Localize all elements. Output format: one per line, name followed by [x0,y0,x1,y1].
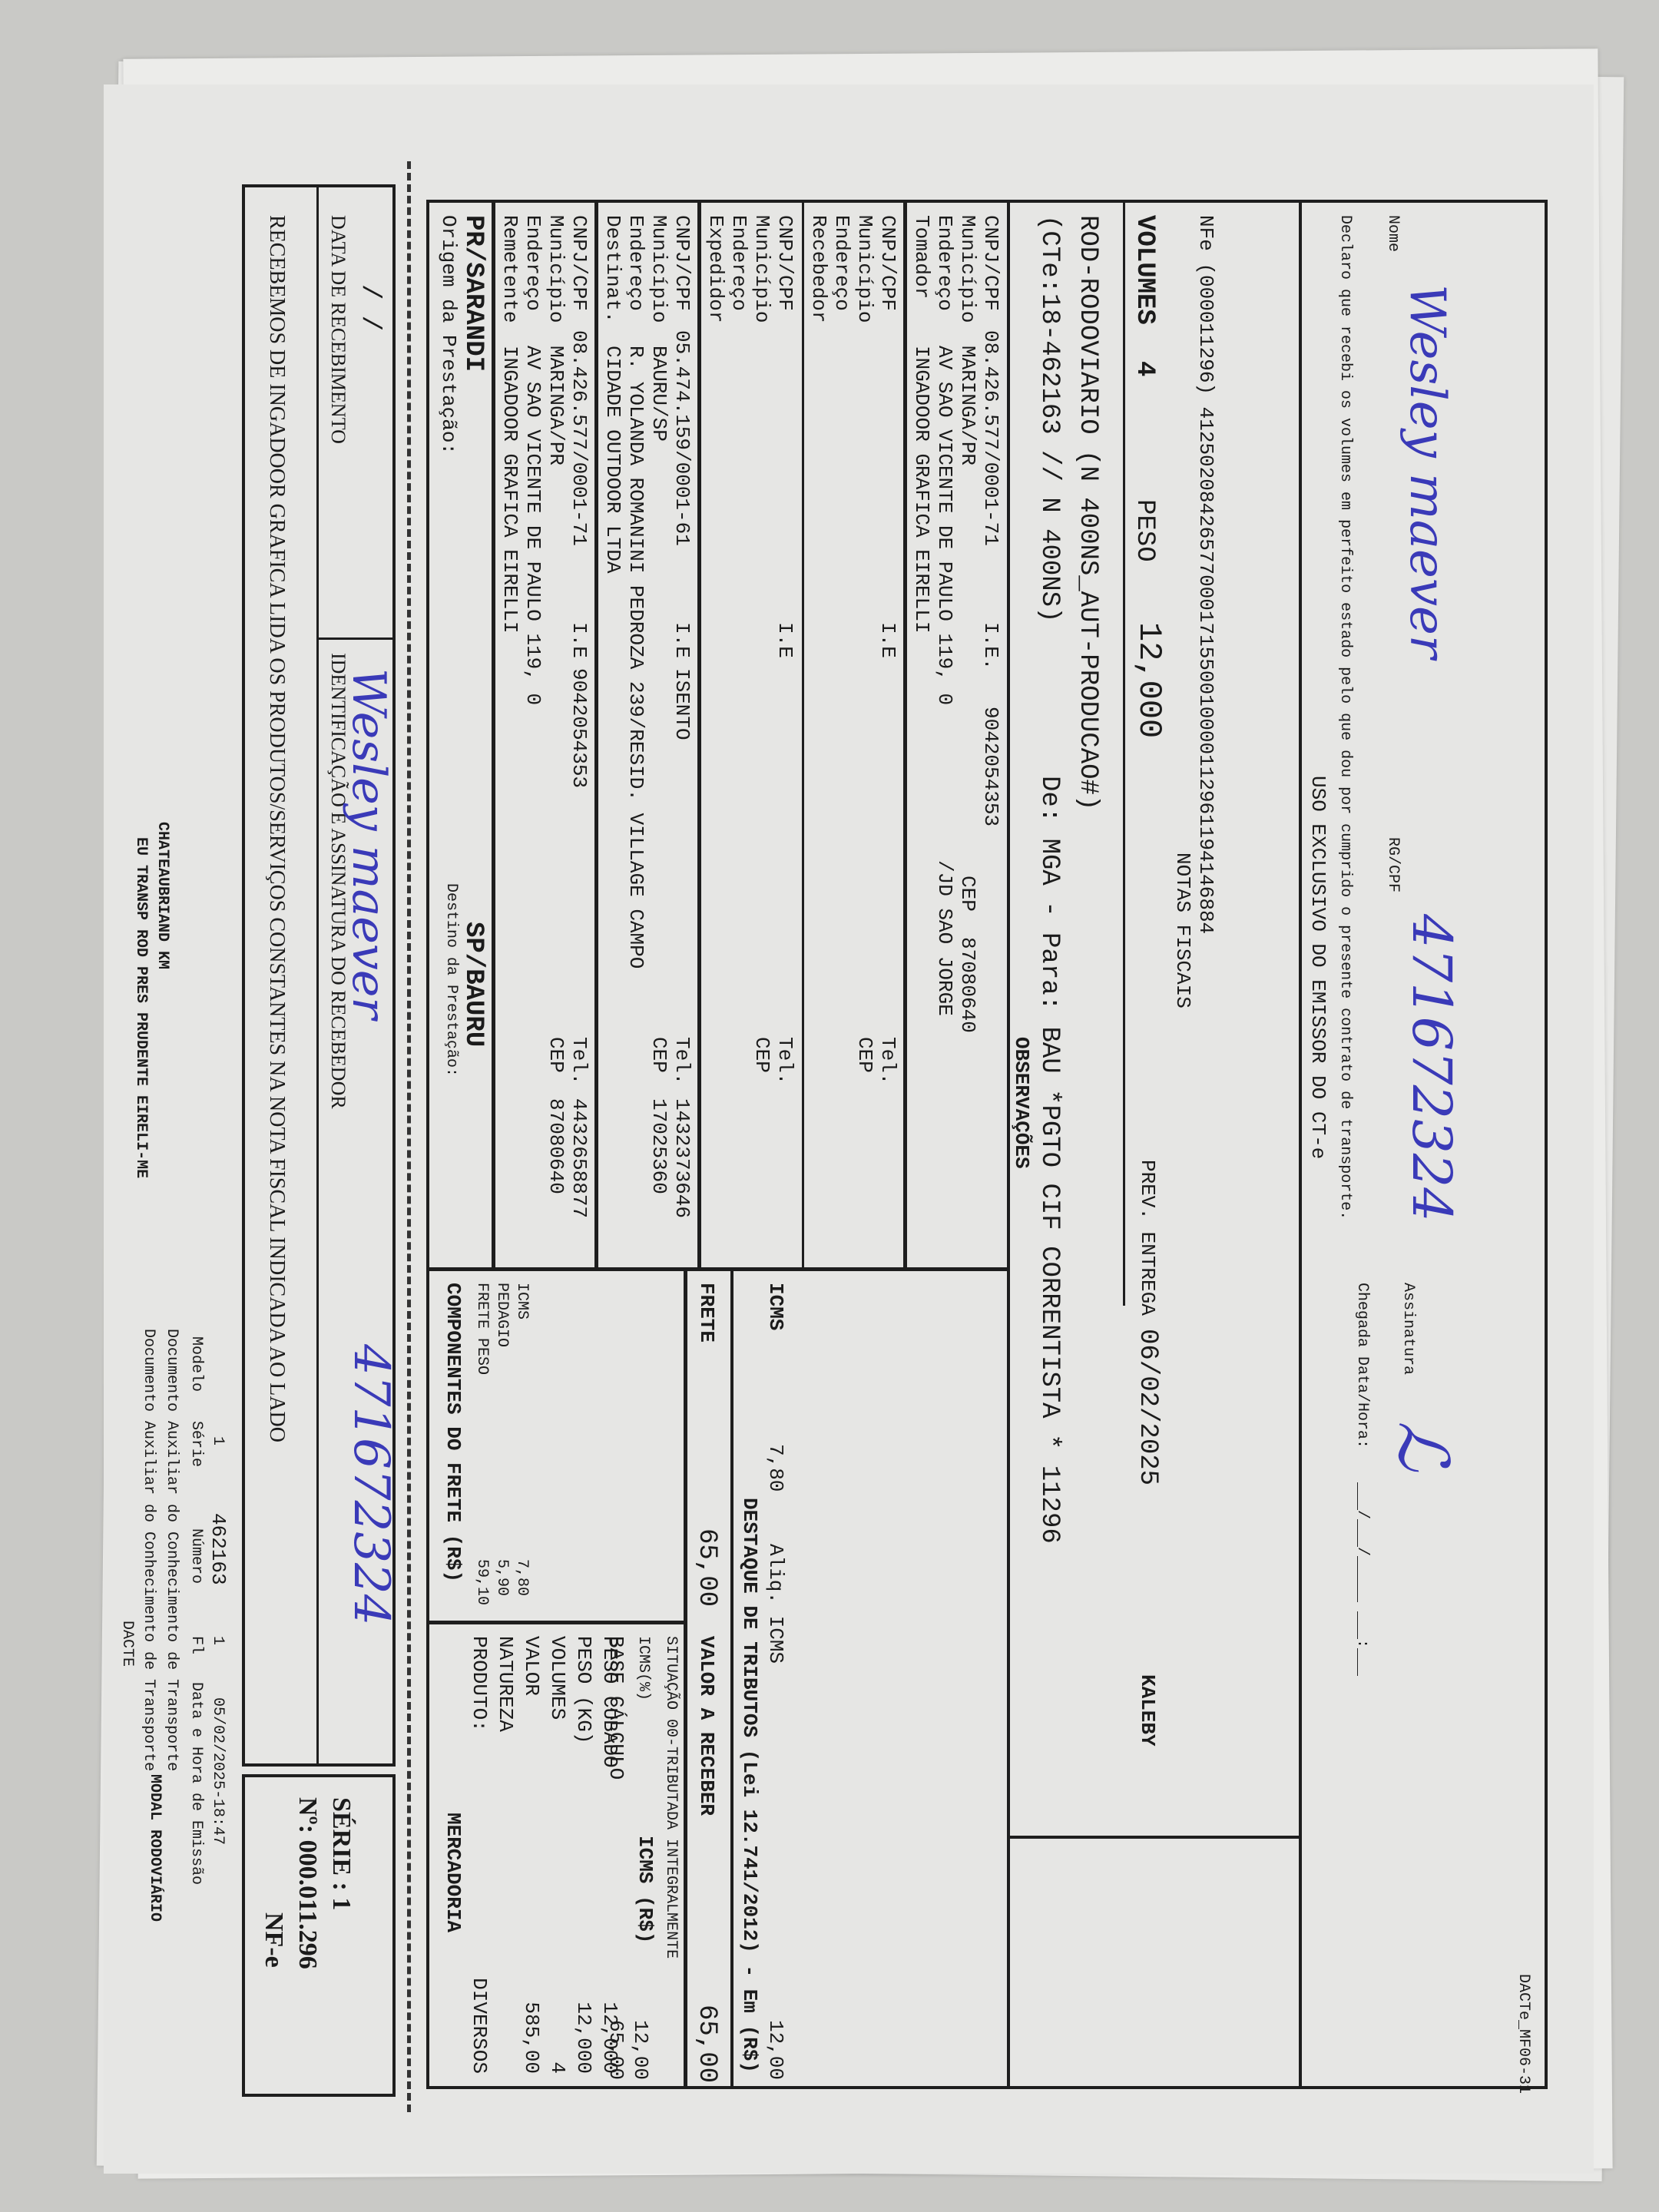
declaracao-text: Declaro que recebi os volumes em perfeit… [1336,215,1354,1220]
tomador-ie-label: I.E. [979,622,1002,670]
recebedor-ie-label: I.E [876,622,899,658]
serie-value: 1 [208,1436,227,1445]
valor-receber-value: 65,00 [692,2005,721,2083]
icms-aliq-label: ICMS(%) [634,1636,652,1700]
volumes-value: 4 [1130,361,1159,376]
destinatario-municipio-label: Município [647,215,671,323]
mercadoria-value: 4 [546,1974,569,2074]
tributos-aliq-value: 12,00 [764,2020,787,2080]
modal-label: MODAL RODOVIÁRIO [145,1774,164,1922]
componente-label: PEDAGIO [492,1283,511,1347]
observacoes-line2: ROD-RODOVIARIO (N 400NS_AUT-PRODUCAO#) [1073,215,1102,810]
valor-receber-label: VALOR A RECEBER [695,1636,718,1816]
mercadoria-label: PESO CUBADO [598,1636,621,1768]
remetente-municipio: MARINGA/PR [545,346,568,465]
destinatario-cep-label: CEP [647,1037,671,1073]
destinatario-name: CIDADE OUTDOOR LTDA [601,346,624,573]
destinatario-ie: ISENTO [671,668,694,740]
remetente-cep: 87080640 [545,1098,568,1194]
prev-entrega-value: 06/02/2025 [1133,1329,1162,1485]
remetente-label: Remetente [498,215,522,323]
volumes-label: VOLUMES [1130,215,1159,325]
receipt-title: RECEBEMOS DE INGADOOR GRAFICA LIDA OS PR… [265,215,288,1442]
folha-value: 1 [208,1636,227,1645]
destinatario-endereco: R. YOLANDA ROMANINI PEDROZA 239/RESID. V… [624,346,647,969]
numero-value: 462163 [207,1513,230,1585]
tomador-endereco: AV SAO VICENTE DE PAULO 119, 0 [933,346,956,705]
remetente-tel: 4432658877 [568,1098,591,1218]
data-recebimento-label: DATA DE RECEBIMENTO [326,215,349,444]
expedidor-label: Expedidor [704,215,727,323]
destinatario-cnpj: 05.474.159/0001-61 [671,330,694,546]
uso-exclusivo-label: USO EXCLUSIVO DO EMISSOR DO CT-e [1306,776,1330,1159]
tomador-label: Tomador [910,215,933,299]
destinatario-cep: 17025360 [647,1098,671,1194]
remetente-cep-label: CEP [545,1037,568,1073]
mercadoria-value: 12,000 [598,1974,621,2074]
prev-entrega-label: PREV. ENTREGA [1136,1160,1159,1316]
tomador-cnpj: 08.426.577/0001-71 [979,330,1002,546]
icms-situacao: SITUAÇÃO 00-TRIBUTADA INTEGRALMENTE [661,1636,680,1959]
tributos-icms-label: ICMS [764,1283,787,1330]
tributos-icms-value: 7,80 [764,1444,787,1492]
peso-value: 12,000 [1134,622,1164,738]
chegada-label: Chegada Data/Hora: [1353,1283,1371,1449]
destino-label: Destino da Prestação: [442,883,460,1077]
mercadoria-label: PRODUTO: [468,1636,491,1732]
remetente-endereco-label: Endereço [522,215,545,311]
componentes-title: COMPONENTES DO FRETE (R$) [442,1283,465,1582]
numero-label: Número [187,1528,205,1584]
destinatario-ie-label: I.E [671,622,694,658]
observacoes-title: OBSERVAÇÕES [1010,1037,1033,1169]
assinatura-label: Assinatura [1399,1283,1417,1375]
nfe-label: NF-e [259,1912,288,1968]
company-name: EU TRANSP ROD PRES PRUDENTE EIRELI-ME [131,837,150,1178]
tomador-cep: 87080640 [956,937,979,1033]
dacte-document: EU TRANSP ROD PRES PRUDENTE EIRELI-ME CH… [104,84,1594,2174]
tomador-name: INGADOOR GRAFICA EIRELLI [910,346,933,633]
tomador-bairro: /JD SAO JORGE [933,860,956,1016]
tomador-municipio-label: Município [956,215,979,323]
folha-label: Fl [187,1636,205,1654]
expedidor-cep-label: CEP [750,1037,773,1073]
data-recebimento-field[interactable]: / / [355,284,384,331]
company-address: CHATEAUBRIAND KM [153,822,171,969]
recebedor-cnpj-label: CNPJ/CPF [876,215,899,311]
destinatario-tel: 1432373646 [671,1098,694,1218]
form-code: DACTe_MF06-31 [1514,1974,1532,2094]
mercadoria-label: VOLUMES [546,1636,569,1720]
expedidor-municipio-label: Município [750,215,773,323]
mercadoria-value: 12,000 [572,1974,595,2074]
tear-line [407,161,411,2112]
recebedor-tel-label: Tel. [876,1037,899,1084]
remetente-endereco: AV SAO VICENTE DE PAULO 119, 0 [522,346,545,705]
remetente-cnpj-label: CNPJ/CPF [568,215,591,311]
componente-label: ICMS [512,1283,531,1320]
icms-title: ICMS (R$) [634,1836,657,1943]
chegada-field[interactable]: ___/___/_____ ___:___ [1353,1482,1371,1676]
recebedor-label: Recebedor [807,215,830,323]
componente-value: 5,90 [492,1559,511,1596]
dacte-label: DACTE [118,1621,136,1667]
frete-label: FRETE [695,1283,718,1343]
nfe-number: Nº: 000.011.296 [293,1797,322,1969]
expedidor-cnpj-label: CNPJ/CPF [773,215,796,311]
componente-value: 7,80 [512,1559,531,1596]
recebedor-municipio-label: Município [853,215,876,323]
destino-value: SP/BAURU [459,922,488,1047]
origem-value: PR/SARANDI [459,215,488,372]
signature-scribble: ℒ [1382,1421,1463,1471]
nfe-serie: SÉRIE : 1 [326,1797,356,1910]
tributos-aliq-label: Aliq. ICMS [764,1544,787,1664]
tomador-ie: 9042054353 [979,707,1002,826]
doc-title-repeat: Documento Auxiliar do Conhecimento de Tr… [162,1329,180,1771]
tomador-cep-label: CEP [956,876,979,912]
observacoes-line1-right: De: MGA - Para: BAU *PGTO CIF CORRENTIST… [1035,776,1064,1544]
serie-label: Série [187,1421,205,1467]
handwritten-rgcpf: 471672324 [1400,914,1463,1222]
mercadoria-label: VALOR [520,1636,543,1696]
notas-fiscais-title: NOTAS FISCAIS [1171,853,1194,1008]
mercadoria-value: 585,00 [520,1974,543,2074]
remetente-tel-label: Tel. [568,1037,591,1084]
kaleby-label: KALEBY [1136,1674,1159,1747]
remetente-ie: 9042054353 [568,668,591,788]
tributos-title: DESTAQUE DE TRIBUTOS (Lei 12.741/2012) -… [738,1498,761,2073]
emissao-value: 05/02/2025-18:47 [208,1697,227,1845]
tomador-cnpj-label: CNPJ/CPF [979,215,1002,311]
expedidor-ie-label: I.E [773,622,796,658]
componente-value: 59,10 [472,1559,491,1605]
recebedor-cep-label: CEP [853,1037,876,1073]
rgcpf-label: RG/CPF [1383,837,1402,892]
componente-label: FRETE PESO [472,1283,491,1375]
icms-aliq-value: 12,00 [629,2020,652,2080]
recebedor-endereco-label: Endereço [830,215,853,311]
handwritten-recipient-name: Wesley maever [342,668,396,1019]
destinatario-cnpj-label: CNPJ/CPF [671,215,694,311]
frete-value: 65,00 [692,1528,721,1607]
nome-label: Nome [1383,215,1402,252]
notas-fiscais-line: NFe (000011296) 412502084265770001715500… [1194,215,1217,934]
mercadoria-label: NATUREZA [494,1636,517,1732]
destinatario-tel-label: Tel. [671,1037,694,1084]
modelo-label: Modelo [187,1336,205,1392]
doc-title: Documento Auxiliar do Conhecimento de Tr… [139,1329,157,1771]
tomador-endereco-label: Endereço [933,215,956,311]
remetente-cnpj: 08.426.577/0001-71 [568,330,591,546]
peso-label: PESO [1130,499,1159,562]
remetente-name: INGADOOR GRAFICA EIRELLI [498,346,522,633]
destinatario-label: Destinat. [601,215,624,323]
tomador-municipio: MARINGA/PR [956,346,979,465]
destinatario-endereco-label: Endereço [624,215,647,311]
expedidor-endereco-label: Endereço [727,215,750,311]
destinatario-municipio: BAURU/SP [647,346,671,442]
origem-label: Origem da Prestação: [437,215,460,455]
observacoes-line1-left: (CTe:18-462163 // N 400NS) [1035,215,1064,623]
remetente-municipio-label: Município [545,215,568,323]
handwritten-nome: Wesley maever [1399,284,1455,658]
handwritten-recipient-id: 471672324 [343,1344,399,1625]
mercadoria-title: MERCADORIA [442,1813,465,1932]
expedidor-tel-label: Tel. [773,1037,796,1084]
remetente-ie-label: I.E [568,622,591,658]
mercadoria-value: DIVERSOS [468,1974,491,2074]
mercadoria-label: PESO (KG) [572,1636,595,1743]
emissao-label: Data e Hora de Emissão [187,1682,205,1885]
